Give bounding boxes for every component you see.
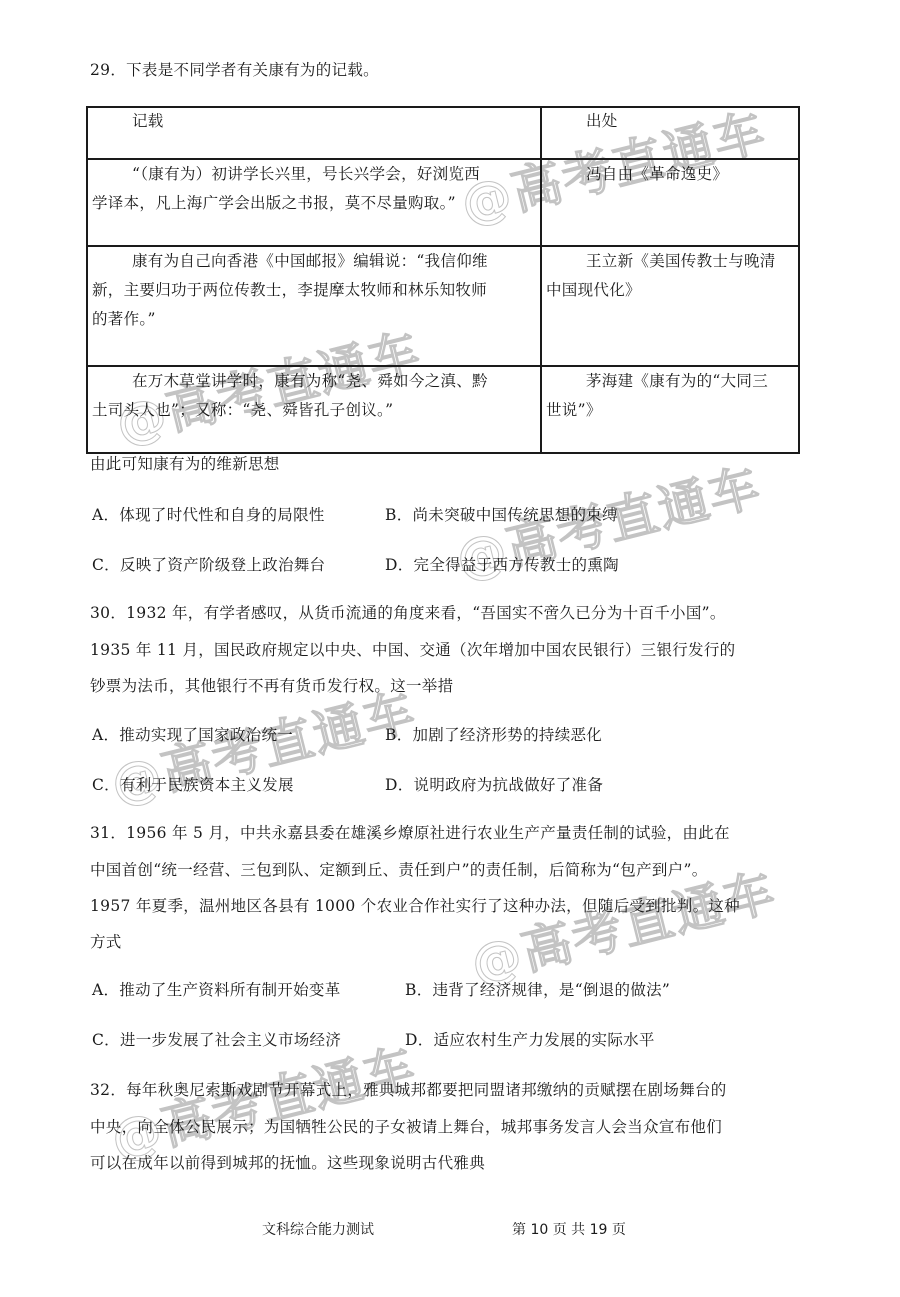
option-30-c[interactable]: C．有利于民族资本主义发展 xyxy=(92,775,294,795)
table-row: 康有为自己向香港《中国邮报》编辑说：“我信仰维 新，主要归功于两位传教士，李提摩… xyxy=(87,246,799,366)
question-32-line-3: 可以在成年以前得到城邦的抚恤。这些现象说明古代雅典 xyxy=(90,1153,485,1173)
table-row: 在万木草堂讲学时，康有为称“尧、舜如今之滇、黔 土司头人也”；又称：“尧、舜皆孔… xyxy=(87,366,799,453)
question-31-line-1: 31．1956 年 5 月，中共永嘉县委在雄溪乡燎原社进行农业生产产量责任制的试… xyxy=(90,823,730,843)
option-29-d[interactable]: D．完全得益于西方传教士的熏陶 xyxy=(385,555,619,575)
record-cell: “（康有为）初讲学长兴里，号长兴学会，好浏览西 学译本，凡上海广学会出版之书报，… xyxy=(87,159,541,246)
question-31-line-2: 中国首创“统一经营、三包到队、定额到丘、责任到户”的责任制，后简称为“包产到户”… xyxy=(90,860,708,880)
source-cell: 冯自由《革命逸史》 xyxy=(541,159,799,246)
option-29-c[interactable]: C．反映了资产阶级登上政治舞台 xyxy=(92,555,325,575)
header-record: 记载 xyxy=(87,107,541,159)
exam-page: @高考直通车 @高考直通车 @高考直通车 @高考直通车 @高考直通车 @高考直通… xyxy=(0,0,900,1297)
question-29-conclusion: 由此可知康有为的维新思想 xyxy=(90,454,280,474)
option-31-a[interactable]: A．推动了生产资料所有制开始变革 xyxy=(92,980,341,1000)
records-table: 记载 出处 “（康有为）初讲学长兴里，号长兴学会，好浏览西 学译本，凡上海广学会… xyxy=(86,106,800,454)
table-header-row: 记载 出处 xyxy=(87,107,799,159)
option-29-b[interactable]: B．尚未突破中国传统思想的束缚 xyxy=(385,505,618,525)
question-29-stem: 29．下表是不同学者有关康有为的记载。 xyxy=(90,60,379,80)
table-row: “（康有为）初讲学长兴里，号长兴学会，好浏览西 学译本，凡上海广学会出版之书报，… xyxy=(87,159,799,246)
record-cell: 康有为自己向香港《中国邮报》编辑说：“我信仰维 新，主要归功于两位传教士，李提摩… xyxy=(87,246,541,366)
question-31-line-3: 1957 年夏季，温州地区各县有 1000 个农业合作社实行了这种办法，但随后受… xyxy=(90,896,740,916)
footer-subject: 文科综合能力测试 xyxy=(262,1221,374,1239)
option-30-a[interactable]: A．推动实现了国家政治统一 xyxy=(92,725,293,745)
header-source: 出处 xyxy=(541,107,799,159)
question-31-line-4: 方式 xyxy=(90,932,122,952)
option-29-a[interactable]: A．体现了时代性和自身的局限性 xyxy=(92,505,325,525)
option-31-c[interactable]: C．进一步发展了社会主义市场经济 xyxy=(92,1030,341,1050)
question-30-line-2: 1935 年 11 月，国民政府规定以中央、中国、交通（次年增加中国农民银行）三… xyxy=(90,640,735,660)
question-32-line-1: 32．每年秋奥尼索斯戏剧节开幕式上，雅典城邦都要把同盟诸邦缴纳的贡赋摆在剧场舞台… xyxy=(90,1080,727,1100)
question-32-line-2: 中央，向全体公民展示；为国牺牲公民的子女被请上舞台，城邦事务发言人会当众宣布他们 xyxy=(90,1117,722,1137)
source-cell: 茅海建《康有为的“大同三 世说”》 xyxy=(541,366,799,453)
question-30-line-3: 钞票为法币，其他银行不再有货币发行权。这一举措 xyxy=(90,676,453,696)
option-31-b[interactable]: B．违背了经济规律，是“倒退的做法” xyxy=(405,980,670,1000)
record-cell: 在万木草堂讲学时，康有为称“尧、舜如今之滇、黔 土司头人也”；又称：“尧、舜皆孔… xyxy=(87,366,541,453)
source-cell: 王立新《美国传教士与晚清 中国现代化》 xyxy=(541,246,799,366)
option-31-d[interactable]: D．适应农村生产力发展的实际水平 xyxy=(405,1030,655,1050)
option-30-b[interactable]: B．加剧了经济形势的持续恶化 xyxy=(385,725,602,745)
option-30-d[interactable]: D．说明政府为抗战做好了准备 xyxy=(385,775,603,795)
footer-page-info: 第 10 页 共 19 页 xyxy=(512,1221,626,1239)
question-30-line-1: 30．1932 年，有学者感叹，从货币流通的角度来看，“吾国实不啻久已分为十百千… xyxy=(90,603,726,623)
